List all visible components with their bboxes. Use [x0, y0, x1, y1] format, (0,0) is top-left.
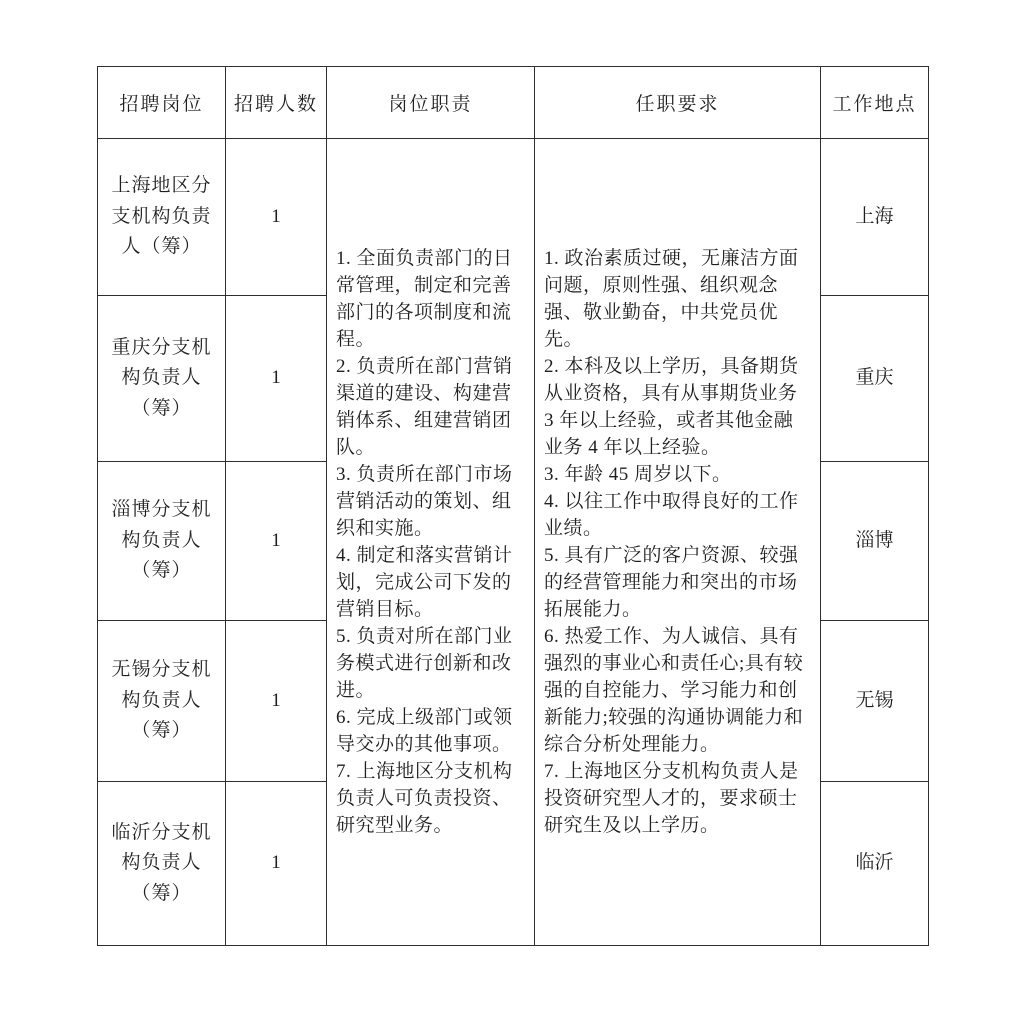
header-location: 工作地点 — [821, 67, 929, 139]
position-cell: 重庆分支机构负责人（筹） — [98, 296, 226, 462]
headcount-cell: 1 — [226, 296, 327, 462]
location-cell: 上海 — [821, 139, 929, 296]
location-cell: 淄博 — [821, 462, 929, 621]
requirements-cell: 1. 政治素质过硬，无廉洁方面问题，原则性强、组织观念强、敬业勤奋，中共党员优先… — [535, 139, 821, 946]
headcount-cell: 1 — [226, 782, 327, 946]
table-row: 上海地区分支机构负责人（筹） 1 1. 全面负责部门的日常管理，制定和完善部门的… — [98, 139, 929, 296]
header-position: 招聘岗位 — [98, 67, 226, 139]
header-row: 招聘岗位 招聘人数 岗位职责 任职要求 工作地点 — [98, 67, 929, 139]
document-page: 招聘岗位 招聘人数 岗位职责 任职要求 工作地点 上海地区分支机构负责人（筹） … — [0, 0, 1024, 1010]
header-headcount: 招聘人数 — [226, 67, 327, 139]
position-cell: 无锡分支机构负责人（筹） — [98, 621, 226, 782]
location-cell: 无锡 — [821, 621, 929, 782]
headcount-cell: 1 — [226, 139, 327, 296]
header-duties: 岗位职责 — [327, 67, 535, 139]
position-cell: 淄博分支机构负责人（筹） — [98, 462, 226, 621]
duties-cell: 1. 全面负责部门的日常管理，制定和完善部门的各项制度和流程。 2. 负责所在部… — [327, 139, 535, 946]
position-cell: 临沂分支机构负责人（筹） — [98, 782, 226, 946]
headcount-cell: 1 — [226, 621, 327, 782]
recruitment-table: 招聘岗位 招聘人数 岗位职责 任职要求 工作地点 上海地区分支机构负责人（筹） … — [97, 66, 929, 946]
header-requirements: 任职要求 — [535, 67, 821, 139]
position-cell: 上海地区分支机构负责人（筹） — [98, 139, 226, 296]
location-cell: 重庆 — [821, 296, 929, 462]
headcount-cell: 1 — [226, 462, 327, 621]
location-cell: 临沂 — [821, 782, 929, 946]
